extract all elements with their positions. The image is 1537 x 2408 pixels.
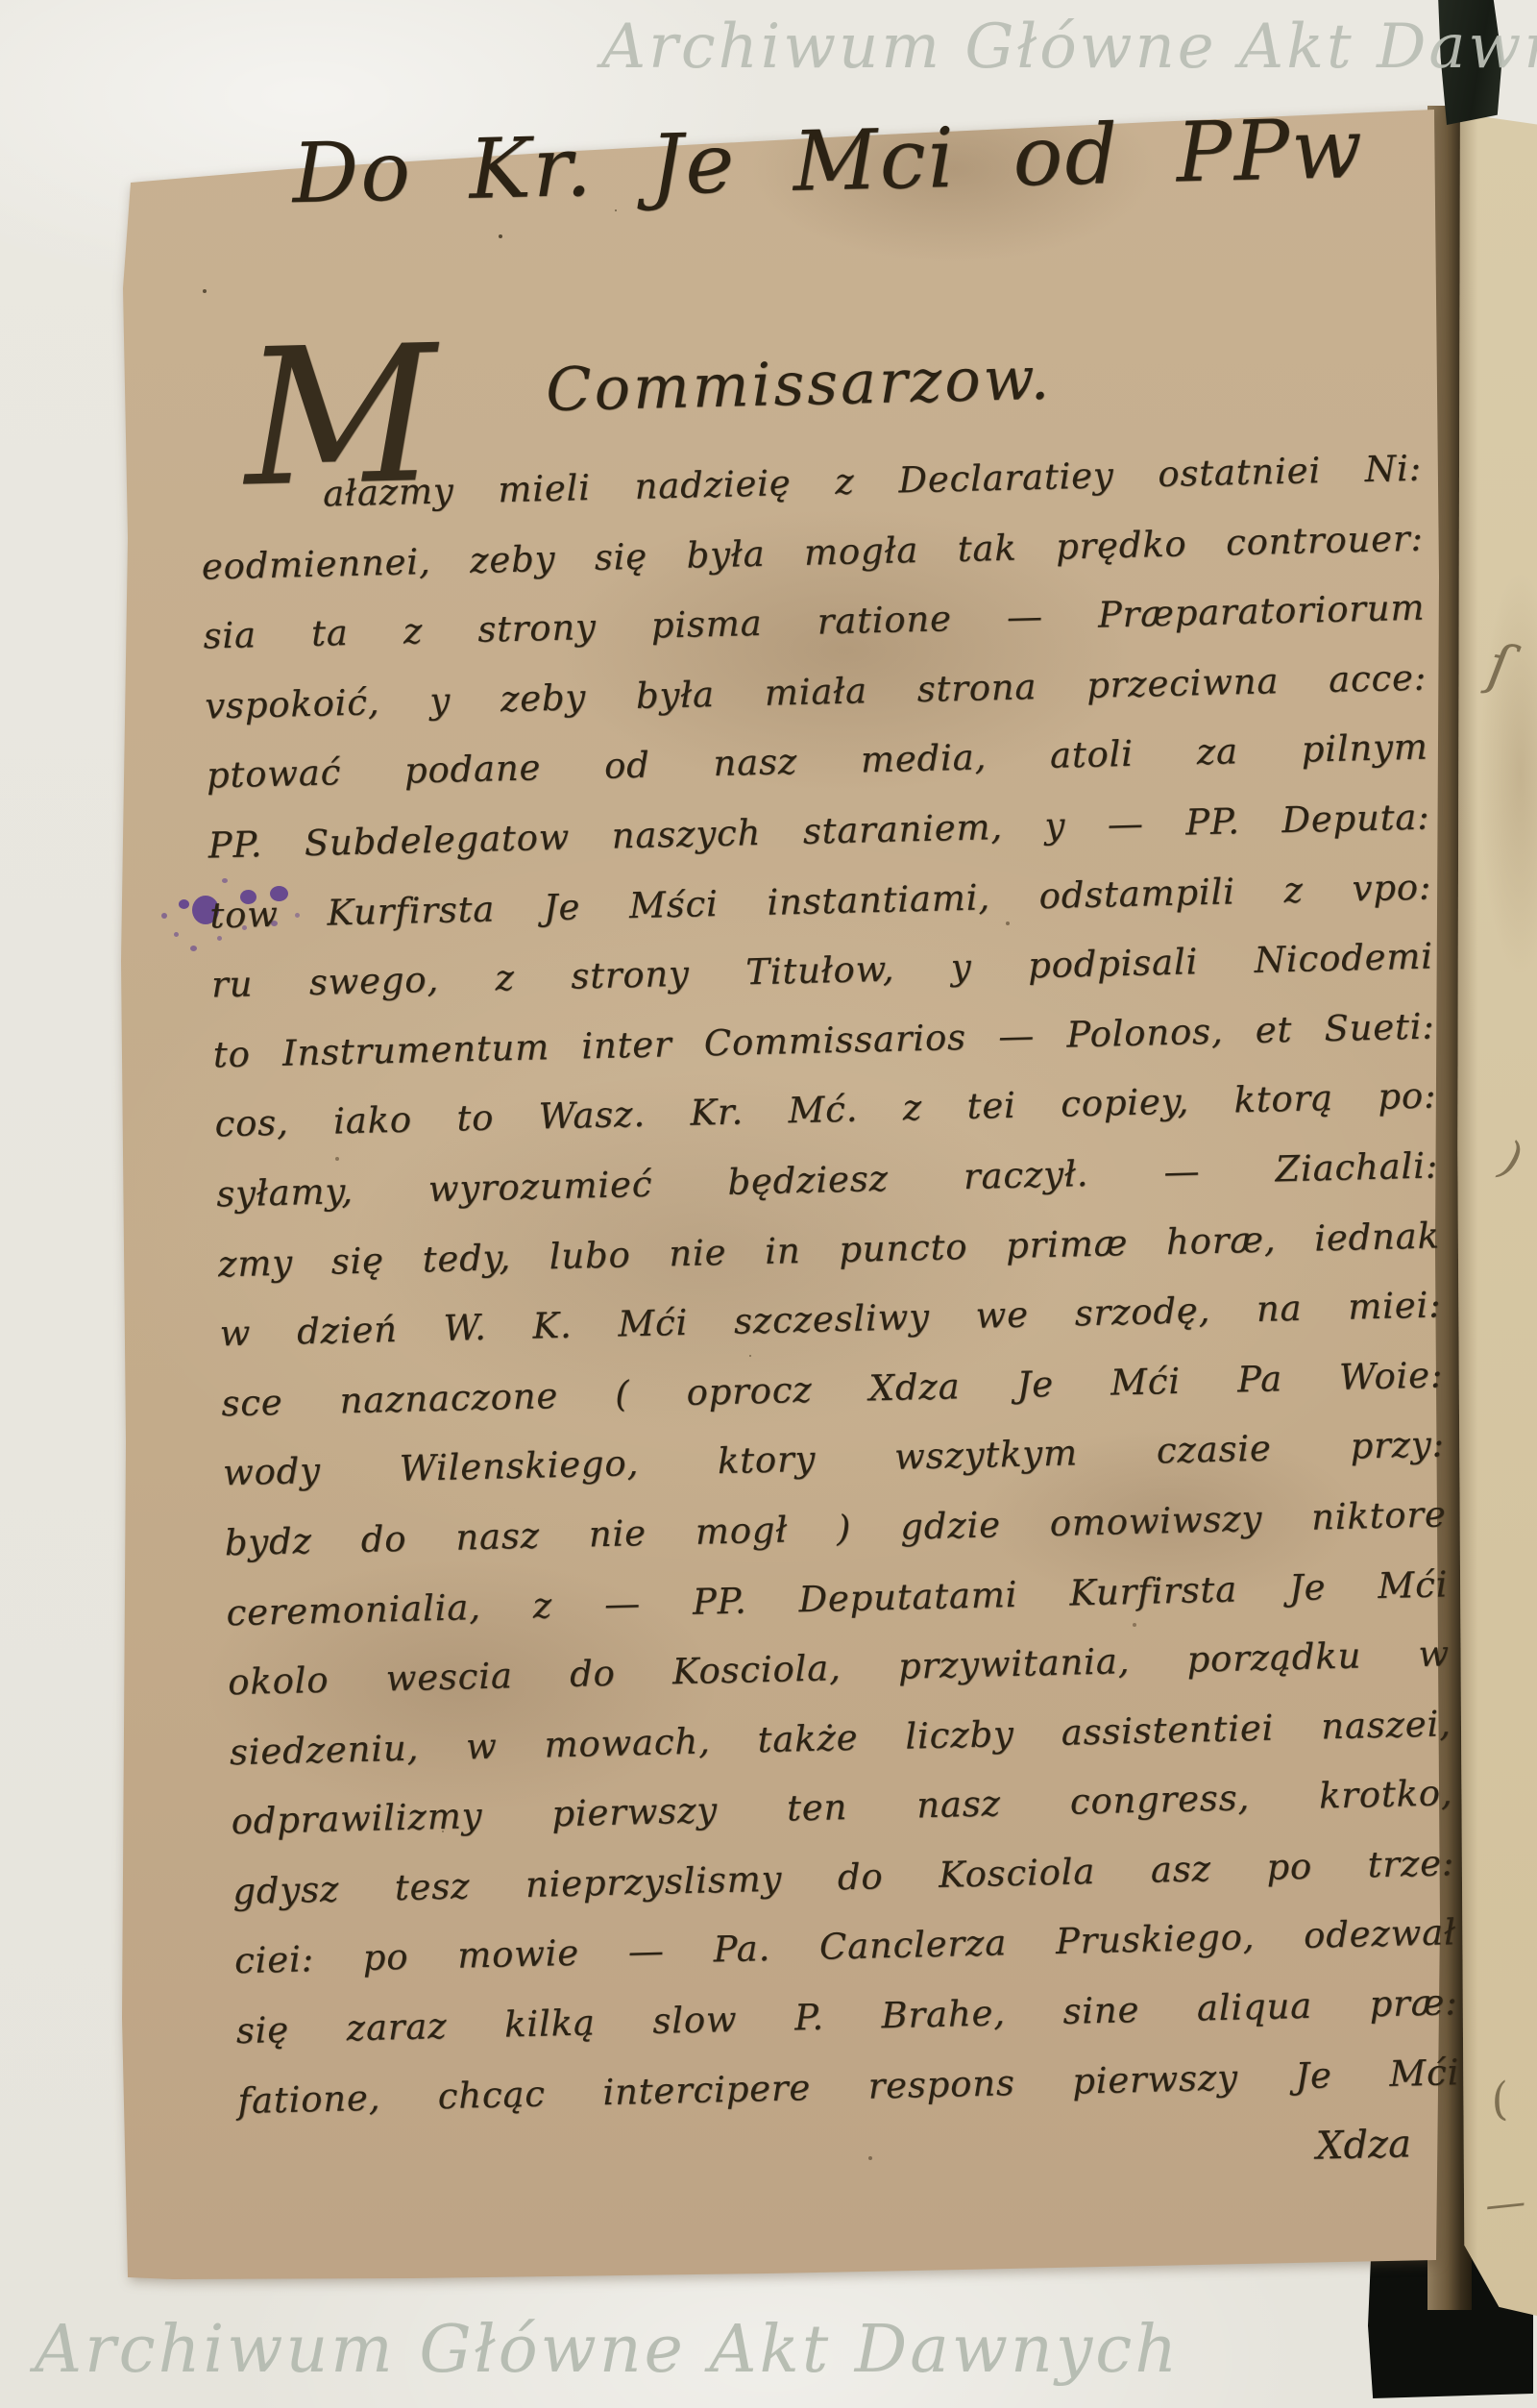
paper-specks [0, 0, 2, 2]
ink-dot [179, 899, 189, 909]
archive-watermark-top: Archiwum Główne Akt Dawnych [601, 12, 1537, 83]
scanned-manuscript-photo: { "archive_watermark": { "text": "Archiw… [0, 0, 1537, 2408]
manuscript-heading-line-1: Do Kr. Je Mci od PPw [291, 101, 1365, 222]
handwritten-text-block: Do Kr. Je Mci od PPw M Commissarzow. ała… [178, 93, 1477, 2294]
manuscript-heading-line-2: Commissarzow. [414, 339, 1183, 428]
ink-dot [161, 913, 167, 919]
archive-watermark-bottom: Archiwum Główne Akt Dawnych [35, 2312, 1180, 2388]
ink-dot [190, 946, 197, 951]
manuscript-body: ałazmy mieli nadzieię z Declaratiey osta… [200, 448, 1462, 2220]
ink-dot [174, 932, 179, 937]
